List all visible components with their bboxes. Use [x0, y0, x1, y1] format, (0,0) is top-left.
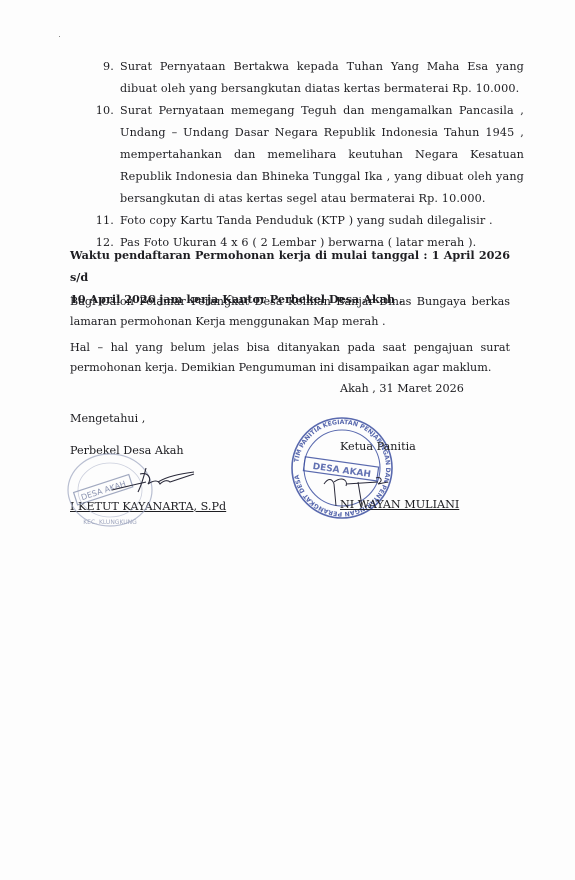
paragraph-line: Hal – hal yang belum jelas bisa ditanyak…	[70, 338, 510, 358]
requirements-list: 9. Surat Pernyataan Bertakwa kepada Tuha…	[84, 56, 524, 254]
item-text: dibuat oleh yang bersangkutan diatas ker…	[120, 78, 524, 100]
signature-left-icon	[108, 464, 198, 496]
paragraph-line: lamaran permohonan Kerja menggunakan Map…	[70, 315, 386, 328]
item-text: Republik Indonesia dan Bhineka Tunggal I…	[120, 166, 524, 188]
registration-line: Waktu pendaftaran Permohonan kerja di mu…	[70, 244, 510, 288]
place-date: Akah , 31 Maret 2026	[340, 382, 464, 395]
item-text: Surat Pernyataan memegang Teguh dan meng…	[120, 100, 524, 122]
list-item: 11. Foto copy Kartu Tanda Penduduk (KTP …	[84, 210, 524, 232]
item-number: 10.	[84, 100, 114, 122]
item-text: Surat Pernyataan Bertakwa kepada Tuhan Y…	[120, 56, 524, 78]
acknowledged-label: Mengetahui ,	[70, 412, 145, 425]
item-text: Foto copy Kartu Tanda Penduduk (KTP ) ya…	[120, 210, 524, 232]
item-number: 11.	[84, 210, 114, 232]
svg-text:KEC. KLUNGKUNG: KEC. KLUNGKUNG	[83, 519, 137, 526]
item-number: 9.	[84, 56, 114, 78]
paragraph-line: permohonan kerja. Demikian Pengumuman in…	[70, 361, 491, 374]
signatory-position: Ketua Panitia	[340, 440, 416, 453]
closing-paragraph: Hal – hal yang belum jelas bisa ditanyak…	[70, 338, 510, 378]
scan-speck	[59, 36, 60, 37]
signatory-name: NI WAYAN MULIANI	[340, 498, 459, 511]
item-text: mempertahankan dan memelihara keutuhan N…	[120, 144, 524, 166]
list-item: 10. Surat Pernyataan memegang Teguh dan …	[84, 100, 524, 210]
folder-instruction: Bagi Calon Pelamar Perangkat Desa Keliha…	[70, 292, 510, 332]
document-page: 9. Surat Pernyataan Bertakwa kepada Tuha…	[0, 0, 575, 880]
item-text: Undang – Undang Dasar Negara Republik In…	[120, 122, 524, 144]
list-item: 9. Surat Pernyataan Bertakwa kepada Tuha…	[84, 56, 524, 100]
paragraph-line: Bagi Calon Pelamar Perangkat Desa Keliha…	[70, 292, 510, 312]
item-text: bersangkutan di atas kertas segel atau b…	[120, 188, 524, 210]
